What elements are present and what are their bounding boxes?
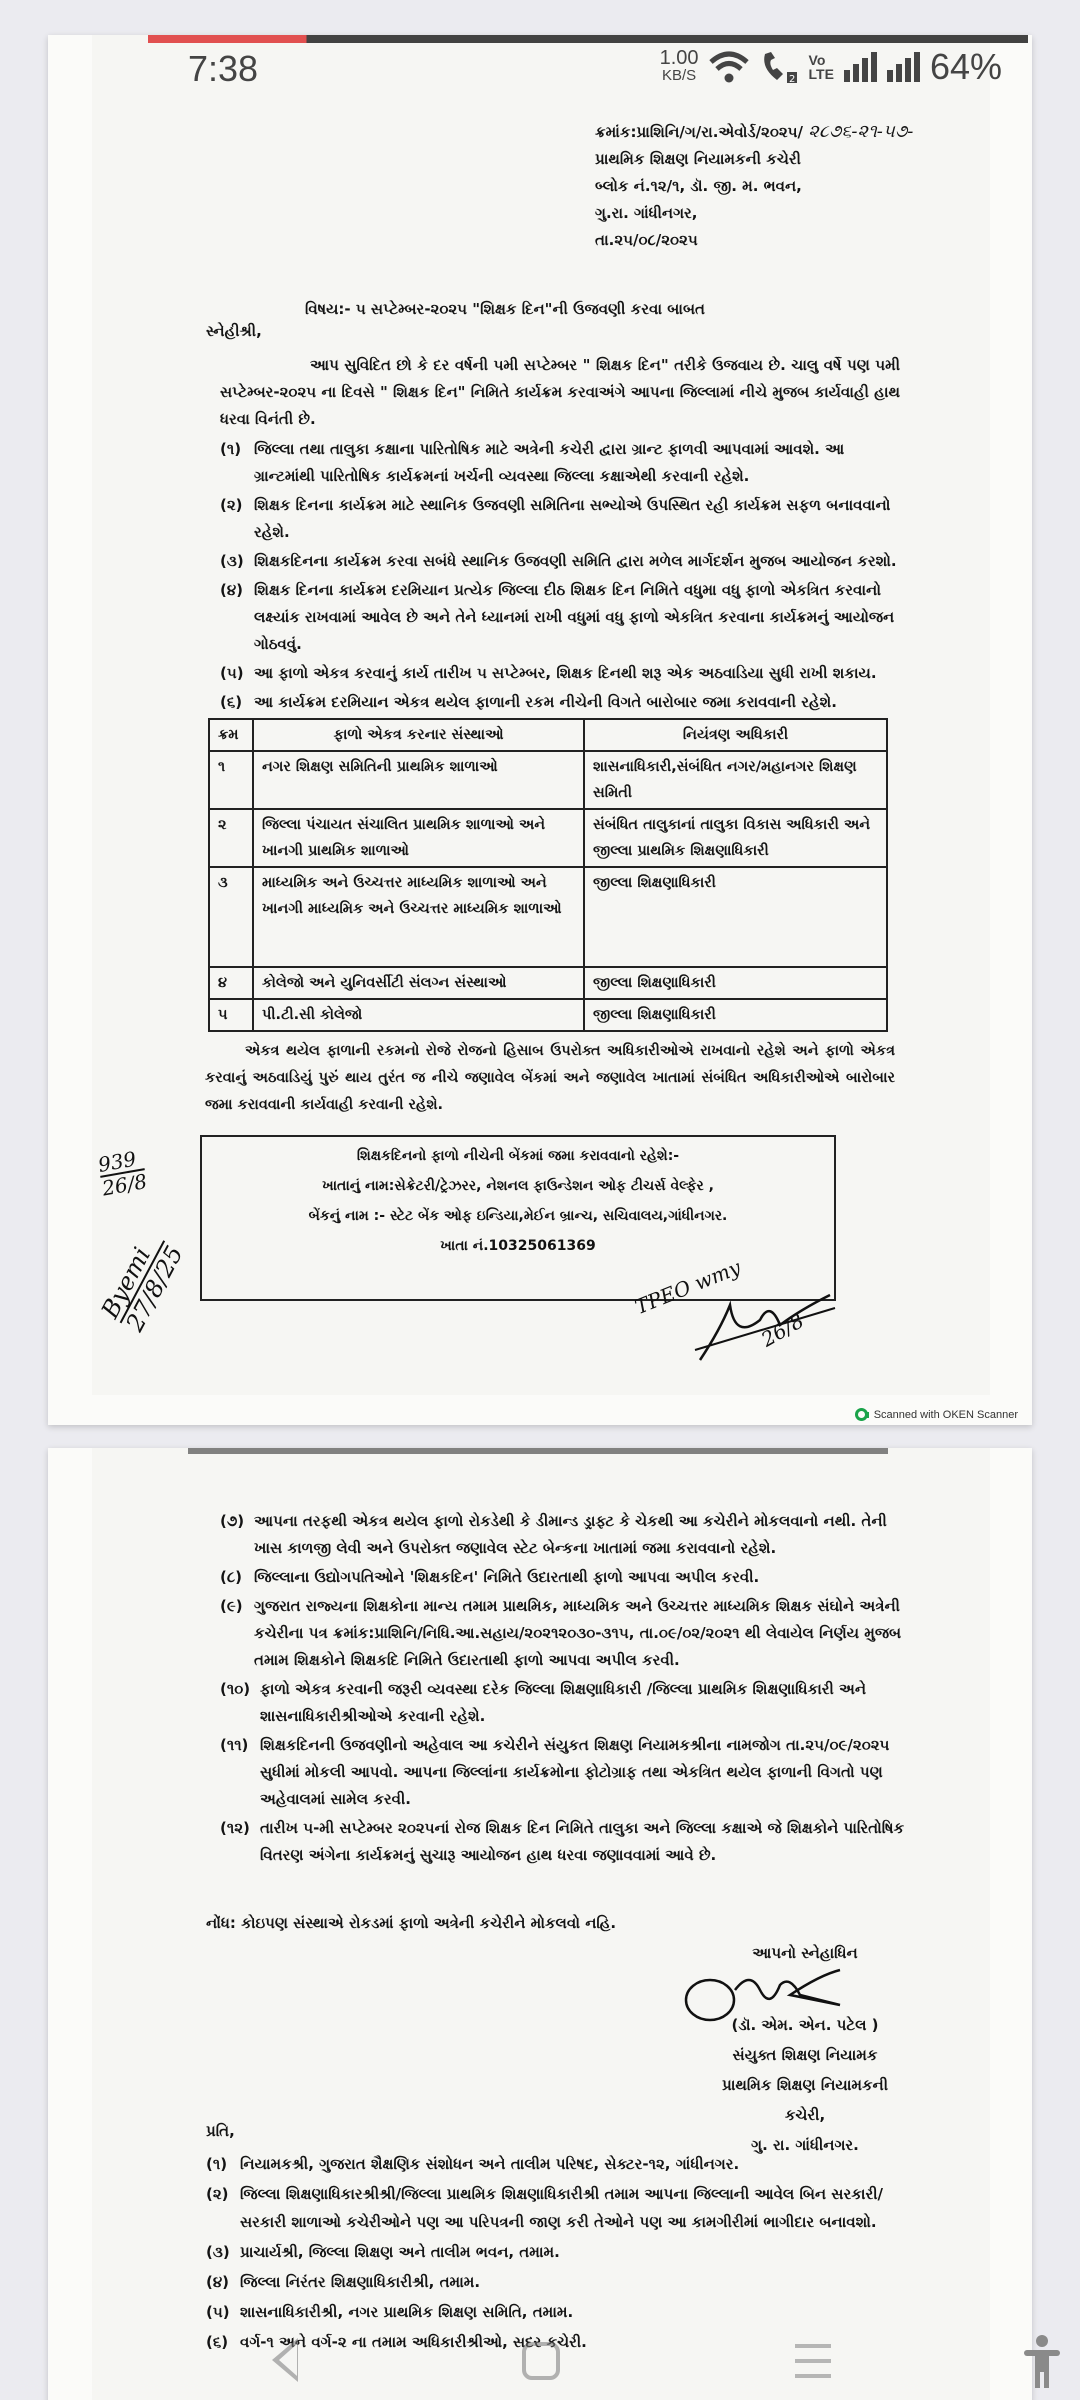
deposit-paragraph: એકત્ર થયેલ ફાળાની રકમનો રોજે રોજનો હિસાબ… bbox=[205, 1038, 895, 1119]
signatory-block: (ડૉ. એમ. એન. પટેલ ) સંયુક્ત શિક્ષણ નિયામ… bbox=[700, 2010, 910, 2160]
office-line: બ્લોક નં.૧૨/૧, ડૉ. જી. મ. ભવન, bbox=[595, 173, 1015, 200]
signatory-designation: સંયુક્ત શિક્ષણ નિયામક bbox=[700, 2040, 910, 2070]
table-row: ૩માધ્યમિક અને ઉચ્ચત્તર માધ્યમિક શાળાઓ અન… bbox=[209, 867, 887, 967]
signal-sim1-icon bbox=[844, 52, 877, 82]
battery-level: 64% bbox=[930, 46, 1002, 88]
list-item: (૧)જિલ્લા તથા તાલુકા કક્ષાના પારિતોષિક મ… bbox=[220, 436, 910, 490]
wifi-call-icon: 2 bbox=[759, 50, 799, 84]
reference-number: ક્રમાંક:પ્રાશિનિ/ગ/રા.એવોર્ડ/૨૦૨૫/ bbox=[595, 123, 803, 141]
bank-heading: શિક્ષકદિનનો ફાળો નીચેની બેંકમાં જમા કરાવ… bbox=[202, 1141, 834, 1171]
list-item: (૨)શિક્ષક દિનના કાર્યક્રમ માટે સ્થાનિક ઉ… bbox=[220, 492, 910, 546]
list-item: (૫)આ ફાળો એકત્ર કરવાનું કાર્ય તારીખ ૫ સપ… bbox=[220, 660, 910, 687]
scanner-watermark: Scanned with OKEN Scanner bbox=[855, 1408, 1018, 1421]
list-item: (૬)આ કાર્યક્રમ દરમિયાન એકત્ર થયેલ ફાળાની… bbox=[220, 689, 910, 716]
list-item: (૯)ગુજરાત રાજ્યના શિક્ષકોના માન્ય તમામ પ… bbox=[220, 1593, 920, 1674]
list-item: (૧૧)શિક્ષકદિનની ઉજવણીનો અહેવાલ આ કચેરીને… bbox=[220, 1732, 920, 1813]
list-item: (૪)શિક્ષક દિનના કાર્યક્રમ દરમિયાન પ્રત્ય… bbox=[220, 577, 910, 658]
network-speed: 1.00 KB/S bbox=[660, 49, 699, 85]
svg-text:2: 2 bbox=[789, 74, 795, 84]
list-item: (૩)શિક્ષકદિનના કાર્યક્રમ કરવા સબંધે સ્થા… bbox=[220, 548, 910, 575]
status-bar: 7:38 1.00 KB/S 2 VoLTE 64% bbox=[0, 40, 1080, 100]
intro-paragraph: આપ સુવિદિત છો કે દર વર્ષની ૫મી સપ્ટેમ્બર… bbox=[220, 352, 900, 433]
oken-logo-icon bbox=[855, 1408, 868, 1421]
table-row: ૪કોલેજો અને યુનિવર્સીટી સંલગ્ન સંસ્થાઓજી… bbox=[209, 967, 887, 999]
column-header: નિયંત્રણ અધિકારી bbox=[584, 719, 887, 751]
clock: 7:38 bbox=[188, 48, 258, 90]
letter-date: તા.૨૫/૦૮/૨૦૨૫ bbox=[595, 227, 1015, 254]
letter-reference: ક્રમાંક:પ્રાશિનિ/ગ/રા.એવોર્ડ/૨૦૨૫/ ૨૮૭૬-… bbox=[595, 118, 1015, 254]
table-row: ૨જિલ્લા પંચાયત સંચાલિત પ્રાથમિક શાળાઓ અન… bbox=[209, 809, 887, 867]
signal-sim2-icon bbox=[887, 52, 920, 82]
accessibility-button[interactable] bbox=[1022, 2334, 1062, 2390]
table-header-row: ક્રમ ફાળો એકત્ર કરનાર સંસ્થાઓ નિયંત્રણ અ… bbox=[209, 719, 887, 751]
office-line: પ્રાથમિક શિક્ષણ નિયામકની કચેરી bbox=[595, 146, 1015, 173]
list-item: (૩)પ્રાચાર્યશ્રી, જિલ્લા શિક્ષણ અને તાલી… bbox=[206, 2238, 906, 2266]
photo-edge bbox=[188, 1448, 888, 1454]
table-row: ૧નગર શિક્ષણ સમિતિની પ્રાથમિક શાળાઓશાસનાધ… bbox=[209, 751, 887, 809]
account-number: ખાતા નં.10325061369 bbox=[202, 1231, 834, 1261]
home-button[interactable] bbox=[522, 2342, 560, 2380]
salutation: સ્નેહીશ્રી, bbox=[206, 318, 262, 345]
margin-note-inward: 939 26/8 bbox=[96, 1146, 148, 1199]
note-text: નોંધ: કોઇપણ સંસ્થાએ રોકડમાં ફાળો અત્રેની… bbox=[206, 1910, 616, 1937]
column-header: ફાળો એકત્ર કરનાર સંસ્થાઓ bbox=[253, 719, 584, 751]
instruction-list-2: (૭)આપના તરફથી એકત્ર થયેલ ફાળો રોકડેથી કે… bbox=[220, 1508, 920, 1871]
bank-name: બેંકનું નામ :- સ્ટેટ બેંક ઓફ ઇન્ડિયા,મેઈ… bbox=[202, 1201, 834, 1231]
fund-collection-table: ક્રમ ફાળો એકત્ર કરનાર સંસ્થાઓ નિયંત્રણ અ… bbox=[208, 718, 888, 1032]
volte-icon: VoLTE bbox=[809, 53, 834, 81]
instruction-list-1: (૧)જિલ્લા તથા તાલુકા કક્ષાના પારિતોષિક મ… bbox=[220, 436, 910, 718]
list-item: (૪)જિલ્લા નિરંતર શિક્ષણાધિકારીશ્રી, તમામ… bbox=[206, 2268, 906, 2296]
wifi-icon bbox=[709, 50, 749, 84]
list-item: (૧)નિયામકશ્રી, ગુજરાત શૈક્ષણિક સંશોધન અન… bbox=[206, 2150, 906, 2178]
list-item: (૨)જિલ્લા શિક્ષણાધિકારશ્રીશ્રી/જિલ્લા પ્… bbox=[206, 2180, 906, 2236]
signatory-name: (ડૉ. એમ. એન. પટેલ ) bbox=[700, 2010, 910, 2040]
office-line: ગુ.રા. ગાંધીનગર, bbox=[595, 200, 1015, 227]
list-item: (૭)આપના તરફથી એકત્ર થયેલ ફાળો રોકડેથી કે… bbox=[220, 1508, 920, 1562]
navigation-bar bbox=[0, 2320, 1080, 2400]
closing-phrase: આપનો સ્નેહાધિન bbox=[700, 1940, 910, 1967]
signatory-office: પ્રાથમિક શિક્ષણ નિયામકની કચેરી, bbox=[700, 2070, 910, 2130]
letter-subject: વિષય:- ૫ સપ્ટેમ્બર-૨૦૨૫ "શિક્ષક દિન"ની ઉ… bbox=[305, 296, 705, 323]
column-header: ક્રમ bbox=[209, 719, 253, 751]
account-name: ખાતાનું નામ:સેક્રેટરી/ટ્રેઝરર, નેશનલ ફાઉ… bbox=[202, 1171, 834, 1201]
recents-button[interactable] bbox=[795, 2344, 831, 2389]
list-item: (૧૦)ફાળો એકત્ર કરવાની જરૂરી વ્યવસ્થા દરે… bbox=[220, 1676, 920, 1730]
back-button[interactable] bbox=[272, 2338, 298, 2382]
to-label: પ્રતિ, bbox=[206, 2118, 235, 2145]
handwritten-inward-no: ૨૮૭૬-૨૧-૫૭- bbox=[808, 121, 913, 142]
status-icons: 1.00 KB/S 2 VoLTE 64% bbox=[660, 46, 1002, 88]
list-item: (૧૨)તારીખ ૫-મી સપ્ટેમ્બર ૨૦૨૫નાં રોજ શિક… bbox=[220, 1815, 920, 1869]
list-item: (૮)જિલ્લાના ઉદ્યોગપતિઓને 'શિક્ષકદિન' નિમ… bbox=[220, 1564, 920, 1591]
table-row: ૫પી.ટી.સી કોલેજોજીલ્લા શિક્ષણાધિકારી bbox=[209, 999, 887, 1031]
